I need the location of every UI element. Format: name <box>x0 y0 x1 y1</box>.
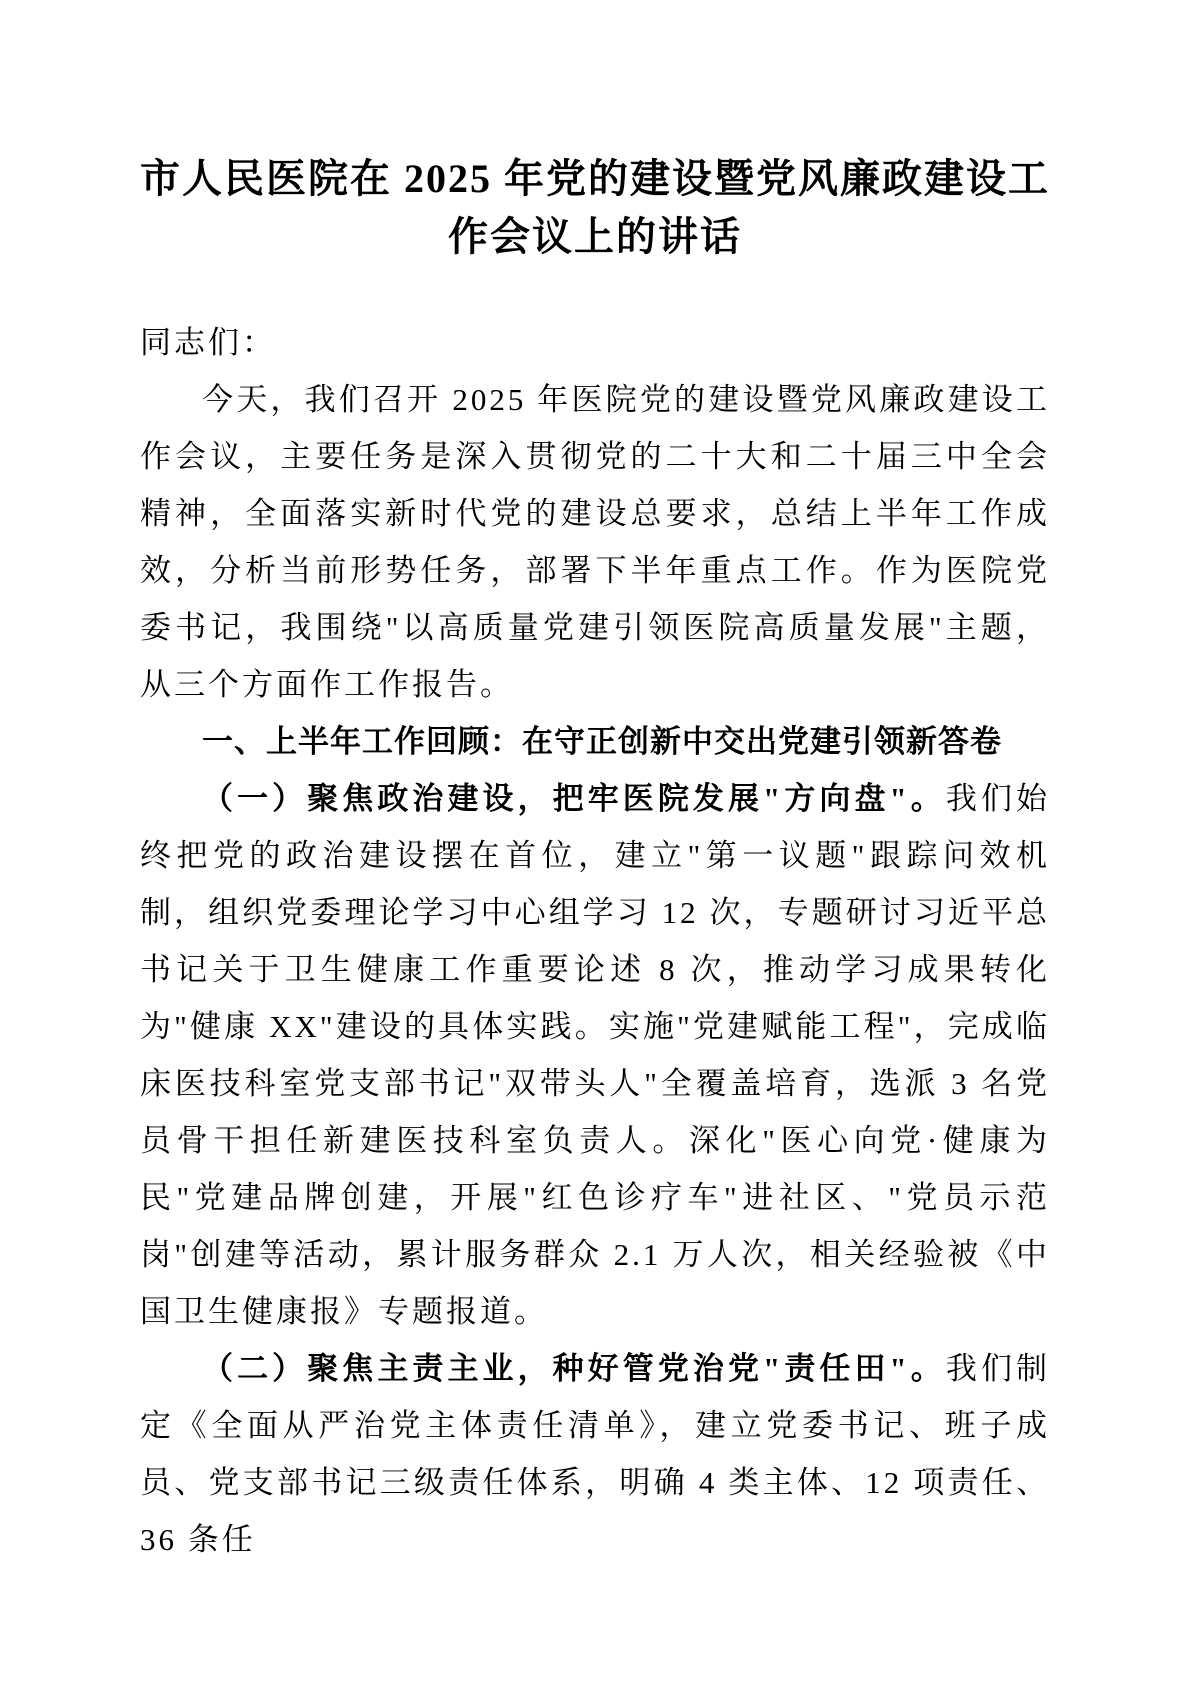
salutation: 同志们： <box>140 314 1050 371</box>
paragraph: （二）聚焦主责主业，种好管党治党"责任田"。我们制定《全面从严治党主体责任清单》… <box>140 1340 1050 1568</box>
bold-text-run: （一）聚焦政治建设，把牢医院发展"方向盘"。 <box>202 781 946 816</box>
paragraph: 今天，我们召开 2025 年医院党的建设暨党风廉政建设工作会议，主要任务是深入贯… <box>140 371 1050 713</box>
bold-text-run: 一、上半年工作回顾：在守正创新中交出党建引领新答卷 <box>202 724 1002 759</box>
document-title: 市人民医院在 2025 年党的建设暨党风廉政建设工作会议上的讲话 <box>140 150 1050 266</box>
document-body: 今天，我们召开 2025 年医院党的建设暨党风廉政建设工作会议，主要任务是深入贯… <box>140 371 1050 1568</box>
bold-text-run: （二）聚焦主责主业，种好管党治党"责任田"。 <box>202 1351 946 1386</box>
document-page: 市人民医院在 2025 年党的建设暨党风廉政建设工作会议上的讲话 同志们： 今天… <box>0 0 1190 1683</box>
text-run: 今天，我们召开 2025 年医院党的建设暨党风廉政建设工作会议，主要任务是深入贯… <box>140 382 1050 702</box>
text-run: 我们始终把党的政治建设摆在首位，建立"第一议题"跟踪问效机制，组织党委理论学习中… <box>140 781 1050 1329</box>
section-heading: 一、上半年工作回顾：在守正创新中交出党建引领新答卷 <box>140 713 1050 770</box>
paragraph: （一）聚焦政治建设，把牢医院发展"方向盘"。我们始终把党的政治建设摆在首位，建立… <box>140 770 1050 1340</box>
